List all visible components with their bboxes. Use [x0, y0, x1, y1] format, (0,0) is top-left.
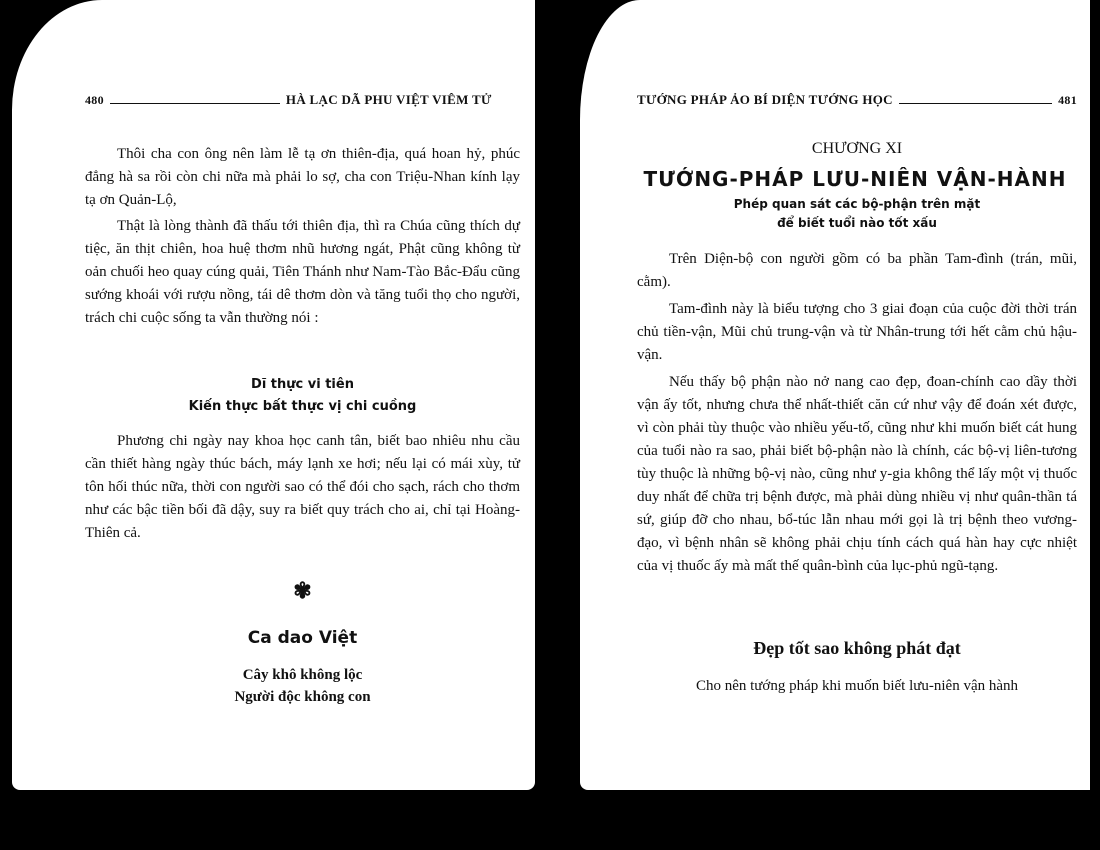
paragraph: Trên Diện-bộ con người gồm có ba phần Ta…: [637, 248, 1077, 294]
page-number: 480: [85, 93, 104, 108]
section-title: Đẹp tốt sao không phát đạt: [637, 638, 1077, 659]
paragraph: Nếu thấy bộ phận nào nở nang cao đẹp, đo…: [637, 371, 1077, 578]
paragraph: Tam-đình này là biểu tượng cho 3 giai đo…: [637, 298, 1077, 367]
chapter-title: TƯỚNG-PHÁP LƯU-NIÊN VẬN-HÀNH: [620, 167, 1090, 191]
ornament-icon: ✾: [85, 578, 520, 604]
left-page: 480 HÀ LẠC DÃ PHU VIỆT VIÊM TỬ Thôi cha …: [12, 0, 535, 790]
paragraph: Thôi cha con ông nên làm lễ tạ ơn thiên-…: [85, 143, 520, 212]
paragraph: Phương chi ngày nay khoa học canh tân, b…: [85, 430, 520, 545]
page-number: 481: [1058, 93, 1077, 108]
section-title: Ca dao Việt: [85, 628, 520, 648]
verse-line: Cây khô không lộc: [85, 664, 520, 686]
running-head-title: HÀ LẠC DÃ PHU VIỆT VIÊM TỬ: [286, 92, 492, 108]
quote-line: Dĩ thực vi tiên: [85, 374, 520, 396]
right-page: TƯỚNG PHÁP ẢO BÍ DIỆN TƯỚNG HỌC 481 CHƯƠ…: [580, 0, 1090, 790]
paragraph: Cho nên tướng pháp khi muốn biết lưu-niê…: [637, 675, 1077, 698]
quote-line: Kiến thực bất thực vị chi cuồng: [85, 396, 520, 418]
running-header: 480 HÀ LẠC DÃ PHU VIỆT VIÊM TỬ: [85, 92, 520, 108]
chapter-subtitle: để biết tuổi nào tốt xấu: [637, 214, 1077, 233]
verse-line: Người độc không con: [85, 686, 520, 708]
running-header: TƯỚNG PHÁP ẢO BÍ DIỆN TƯỚNG HỌC 481: [637, 92, 1077, 108]
chapter-subtitle: Phép quan sát các bộ-phận trên mặt: [637, 195, 1077, 214]
paragraph: Thật là lòng thành đã thấu tới thiên địa…: [85, 215, 520, 330]
chapter-label: CHƯƠNG XI: [637, 140, 1077, 158]
header-rule: [110, 103, 280, 104]
header-rule: [899, 103, 1052, 104]
running-head-title: TƯỚNG PHÁP ẢO BÍ DIỆN TƯỚNG HỌC: [637, 92, 893, 108]
